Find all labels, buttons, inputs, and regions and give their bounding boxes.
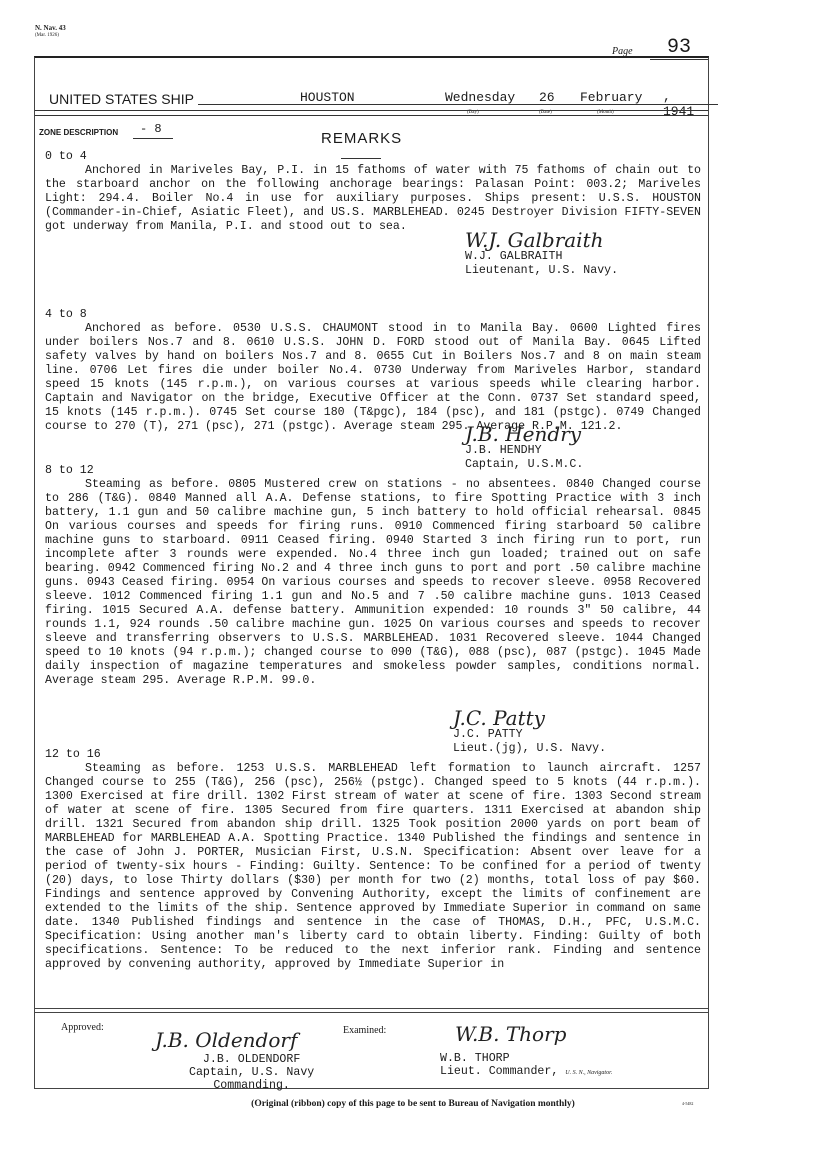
- form-number: N. Nav. 43: [35, 25, 66, 32]
- signature-scrawl: W.J. Galbraith: [465, 230, 618, 250]
- watch-period: 12 to 16: [45, 748, 701, 762]
- watch-text: Steaming as before. 1253 U.S.S. MARBLEHE…: [45, 762, 701, 972]
- examiner-suffix: U. S. N., Navigator.: [565, 1070, 612, 1076]
- watch-text: Steaming as before. 0805 Mustered crew o…: [45, 478, 701, 688]
- approved-label: Approved:: [61, 1022, 104, 1033]
- examiner-name: W.B. THORP: [440, 1052, 612, 1065]
- form-code: 4-5482: [682, 1101, 693, 1106]
- watch-text: Anchored as before. 0530 U.S.S. CHAUMONT…: [45, 322, 701, 434]
- approver-signature-scrawl: J.B. Oldendorf: [155, 1030, 297, 1050]
- form-revision: (Mar. 1926): [35, 32, 66, 39]
- signer-name: J.B. HENDHY: [465, 444, 583, 458]
- examiner-block: W.B. THORP Lieut. Commander, U. S. N., N…: [440, 1052, 612, 1080]
- ship-label: UNITED STATES SHIP: [49, 91, 194, 107]
- signer-name: J.C. PATTY: [453, 728, 606, 742]
- log-sheet: UNITED STATES SHIP HOUSTON Wednesday (Da…: [34, 56, 709, 1089]
- signature-scrawl: J.B. Hendry: [465, 424, 583, 444]
- signer-name: W.J. GALBRAITH: [465, 250, 618, 264]
- watch-period: 4 to 8: [45, 308, 701, 322]
- header-divider: [35, 110, 708, 116]
- date-value: 26: [539, 90, 555, 105]
- signature-scrawl: J.C. Patty: [453, 708, 606, 728]
- watch-period: 0 to 4: [45, 150, 701, 164]
- examiner-rank: Lieut. Commander,: [440, 1065, 558, 1078]
- remarks-title: REMARKS: [321, 130, 402, 147]
- zone-value: - 8: [140, 122, 162, 136]
- watch-entry: 4 to 8 Anchored as before. 0530 U.S.S. C…: [45, 308, 701, 434]
- remarks-bottom-divider: [35, 1008, 708, 1013]
- watch-entry: 12 to 16 Steaming as before. 1253 U.S.S.…: [45, 748, 701, 972]
- examined-label: Examined:: [343, 1025, 386, 1036]
- footer-note: (Original (ribbon) copy of this page to …: [0, 1099, 826, 1109]
- approver-rank: Captain, U.S. Navy: [189, 1066, 314, 1079]
- watch-entry: 0 to 4 Anchored in Mariveles Bay, P.I. i…: [45, 150, 701, 234]
- signer-rank: Lieutenant, U.S. Navy.: [465, 264, 618, 278]
- approver-block: J.B. OLDENDORF Captain, U.S. Navy Comman…: [189, 1053, 314, 1092]
- zone-label: ZONE DESCRIPTION: [39, 128, 118, 137]
- form-identifier: N. Nav. 43 (Mar. 1926): [35, 25, 66, 39]
- watch-signature: W.J. Galbraith W.J. GALBRAITH Lieutenant…: [465, 230, 618, 278]
- watch-period: 8 to 12: [45, 464, 701, 478]
- approver-name: J.B. OLDENDORF: [189, 1053, 314, 1066]
- examiner-signature-scrawl: W.B. Thorp: [455, 1024, 566, 1044]
- watch-text: Anchored in Mariveles Bay, P.I. in 15 fa…: [45, 164, 701, 234]
- watch-entry: 8 to 12 Steaming as before. 0805 Mustere…: [45, 464, 701, 688]
- approver-role: Commanding.: [189, 1079, 314, 1092]
- ship-header: UNITED STATES SHIP HOUSTON Wednesday (Da…: [49, 86, 699, 108]
- zone-underline: [133, 138, 173, 139]
- month-value: February: [580, 90, 642, 105]
- day-value: Wednesday: [445, 90, 515, 105]
- ship-name: HOUSTON: [300, 90, 355, 105]
